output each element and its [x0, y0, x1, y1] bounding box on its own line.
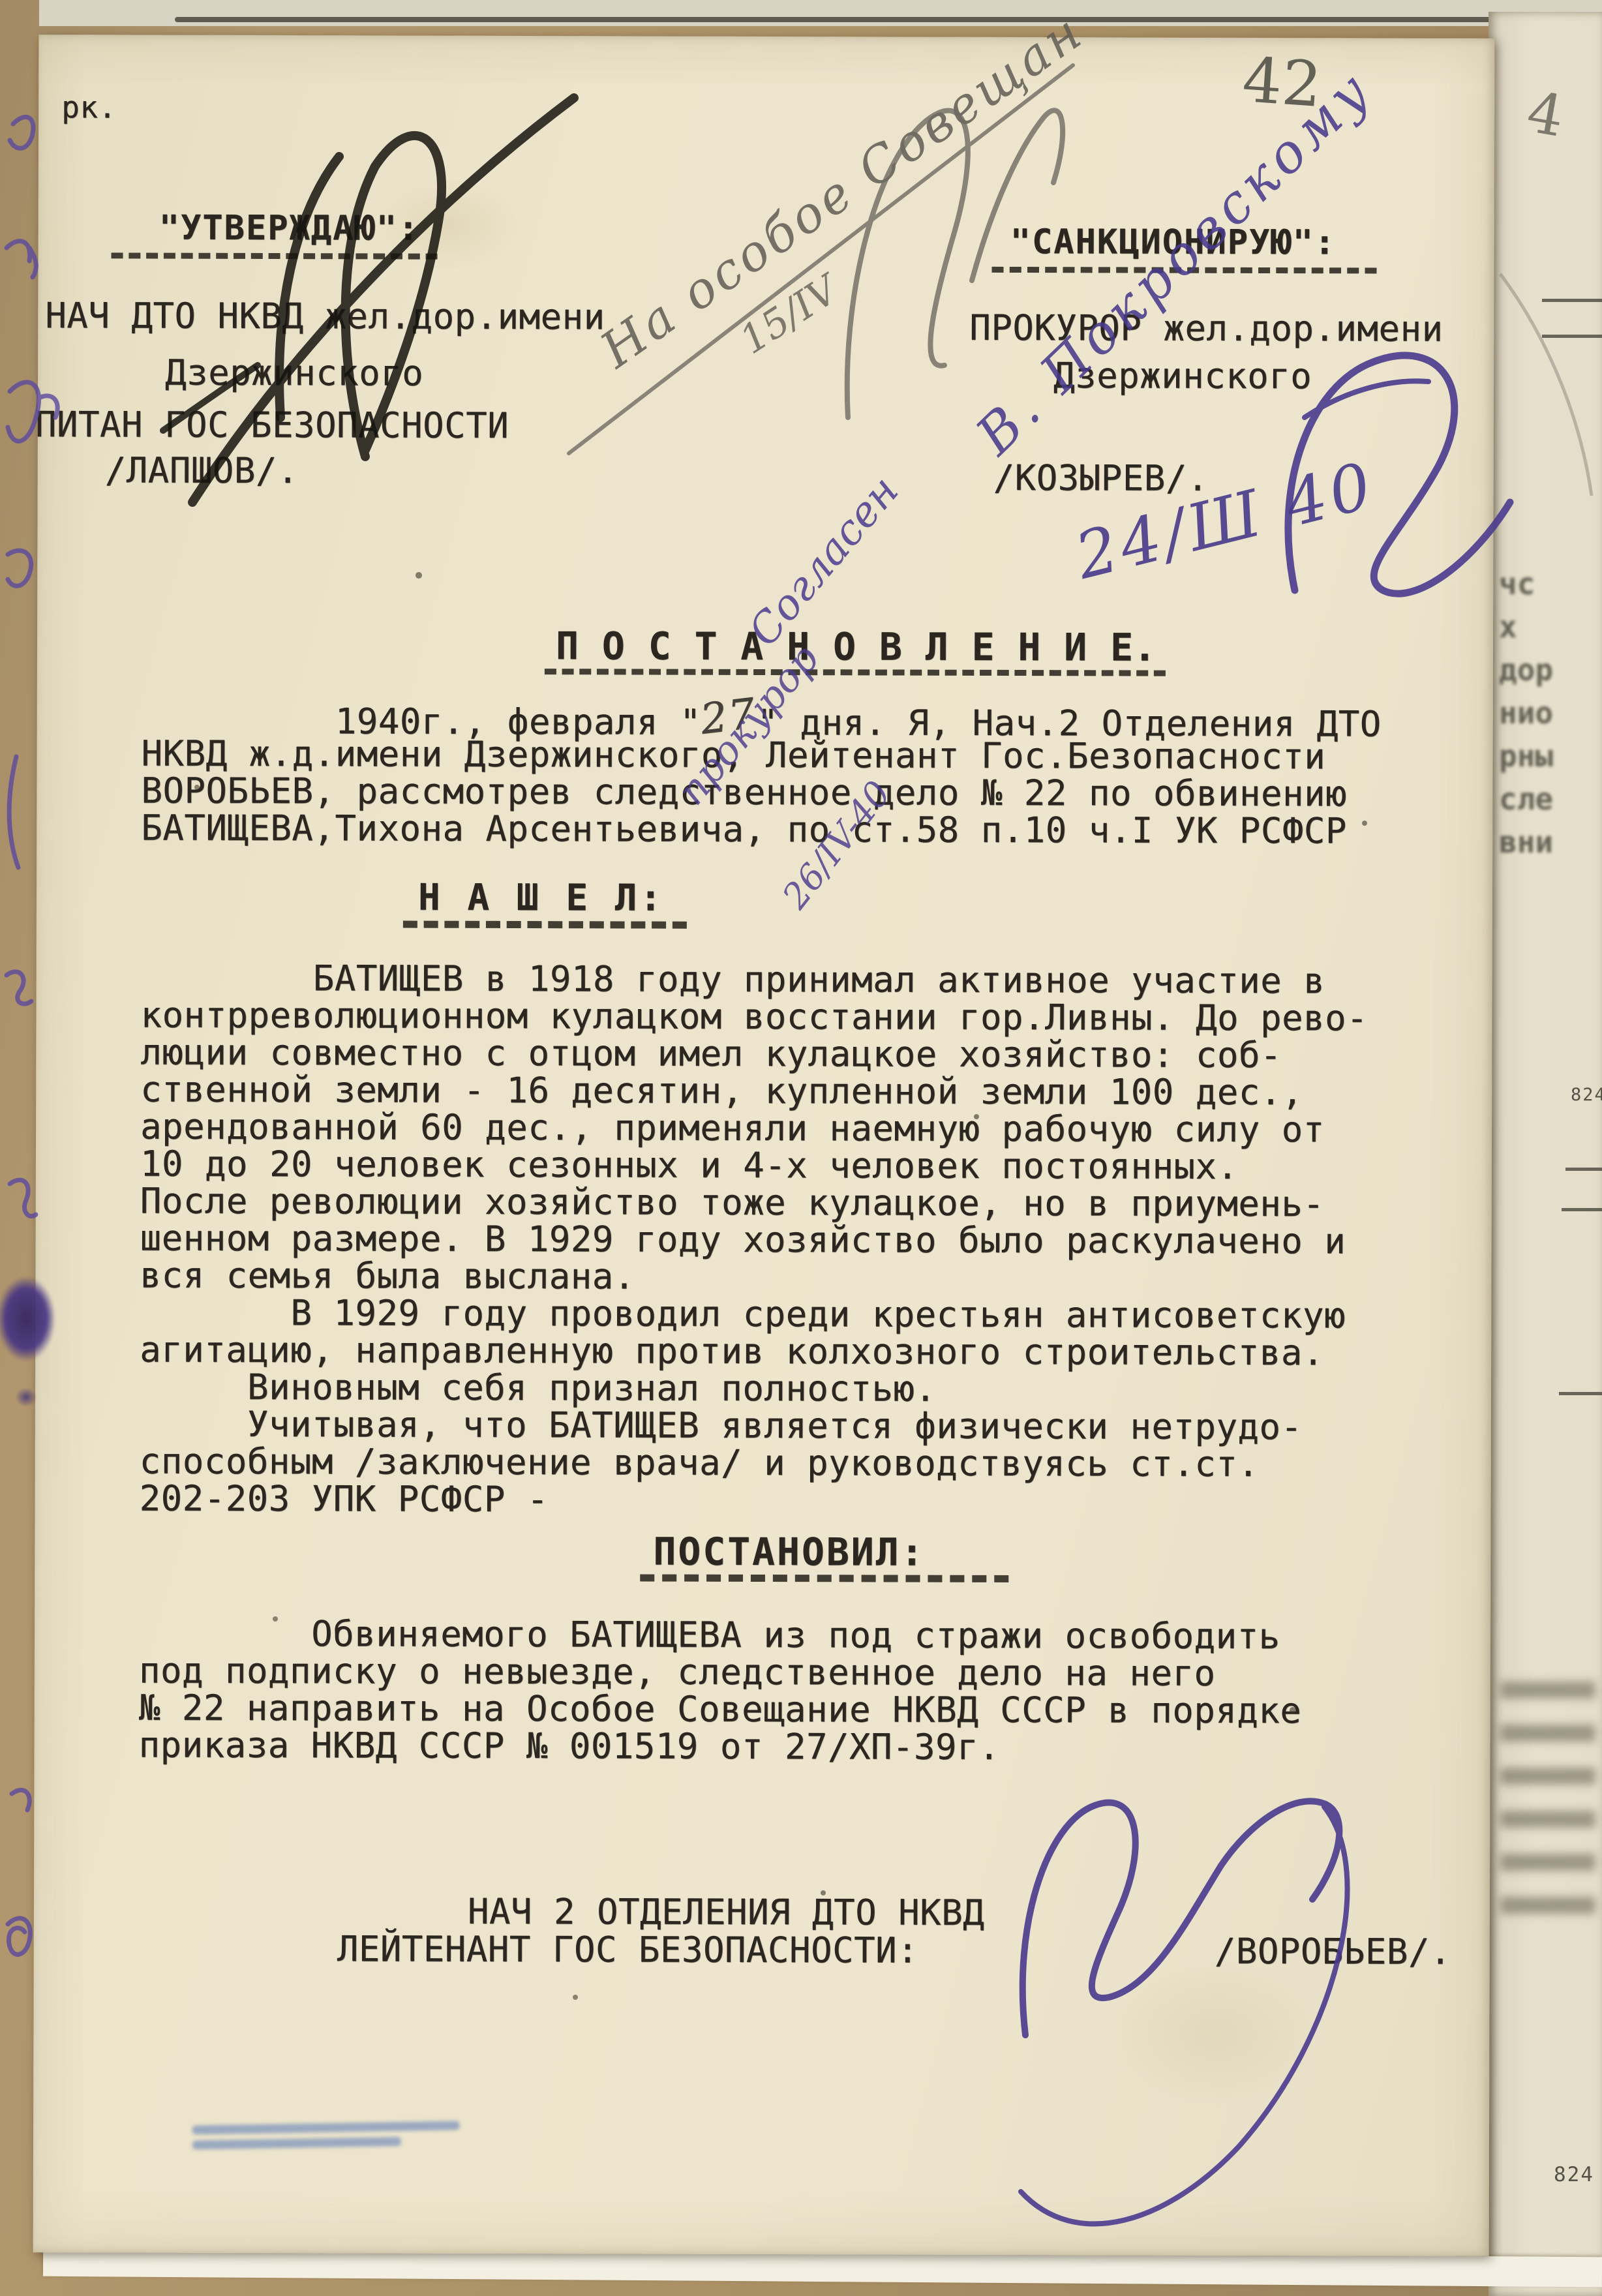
approve-line-1: НАЧ ДТО НКВД жел.дор.имени — [45, 295, 605, 337]
blurred-text-smudge — [1500, 1725, 1595, 1742]
ruled-line — [1565, 1168, 1602, 1171]
ruled-line — [1562, 1208, 1602, 1211]
scanned-document-photo: чс х дор нио рны сле вни 824 824 рк. "УТ… — [0, 0, 1602, 2296]
text-fragment: вни — [1499, 824, 1553, 860]
blurred-text-smudge — [1500, 1854, 1595, 1871]
text-fragment: чс — [1499, 566, 1535, 601]
sheet-top-shadow-line — [175, 17, 1602, 22]
blurred-text-smudge — [1500, 1682, 1595, 1699]
text-fragment: х — [1499, 609, 1517, 644]
ruled-line — [1542, 299, 1602, 302]
corner-mark: рк. — [61, 89, 117, 125]
blurred-text-smudge — [1500, 1897, 1595, 1914]
signoff-line-1: НАЧ 2 ОТДЕЛЕНИЯ ДТО НКВД — [468, 1891, 984, 1933]
archive-number: 824 — [1554, 2163, 1594, 2186]
blurred-text-smudge — [1500, 1768, 1595, 1785]
resolved-underline — [640, 1575, 1008, 1582]
approve-heading: "УТВЕРЖДАЮ": — [159, 209, 420, 249]
body-line: 202-203 УПК РСФСР - — [139, 1477, 548, 1520]
sanction-line-1: ПРОКУРОР жел.дор.имени — [969, 307, 1443, 350]
underlying-page: чс х дор нио рны сле вни 824 824 — [1489, 12, 1602, 2296]
signoff-line-2: ЛЕЙТЕНАНТ ГОС БЕЗОПАСНОСТИ: — [337, 1928, 918, 1971]
stamp-line — [192, 2137, 401, 2150]
body-line: Виновным себя признал полностью. — [140, 1366, 937, 1409]
ruled-line — [1559, 1392, 1602, 1395]
document-title: П О С Т А Н О В Л Е Н И Е. — [556, 624, 1156, 669]
title-underline — [545, 669, 1166, 676]
text-fragment: нио — [1499, 695, 1553, 731]
stamp-line — [192, 2121, 460, 2134]
approve-name: /ЛАПШОВ/. — [105, 449, 299, 491]
faint-blue-stamp — [192, 2115, 460, 2165]
sanction-name: /КОЗЫРЕВ/. — [993, 457, 1209, 499]
paper-specks — [0, 0, 3, 3]
backing-paper-top-edge — [39, 0, 1602, 26]
paper-stain — [1110, 1961, 1319, 2106]
body-line: вся семья была выслана. — [140, 1254, 635, 1297]
approve-line-2: Дзержинского — [165, 352, 423, 394]
archive-number: 824 — [1571, 1085, 1602, 1105]
blurred-text-smudge — [1500, 1811, 1595, 1828]
resolved-line: приказа НКВД СССР № 001519 от 27/ХП-39г. — [139, 1724, 1001, 1767]
ruled-line — [1542, 335, 1602, 338]
found-underline — [403, 921, 687, 929]
approve-underline — [112, 252, 438, 259]
approve-line-3: КАПИТАН ГОС БЕЗОПАСНОСТИ — [33, 404, 509, 446]
resolved-heading: ПОСТАНОВИЛ: — [653, 1530, 925, 1575]
text-fragment: сле — [1499, 781, 1553, 817]
text-fragment: дор — [1499, 652, 1553, 687]
text-fragment: рны — [1499, 738, 1553, 774]
document-page: рк. "УТВЕРЖДАЮ": НАЧ ДТО НКВД жел.дор.им… — [33, 35, 1495, 2256]
signoff-name: /ВОРОБЬЕВ/. — [1215, 1931, 1451, 1972]
intro-line-4: БАТИЩЕВА,Тихона Арсентьевича, по ст.58 п… — [141, 807, 1347, 851]
found-heading: Н А Ш Е Л: — [418, 877, 664, 920]
